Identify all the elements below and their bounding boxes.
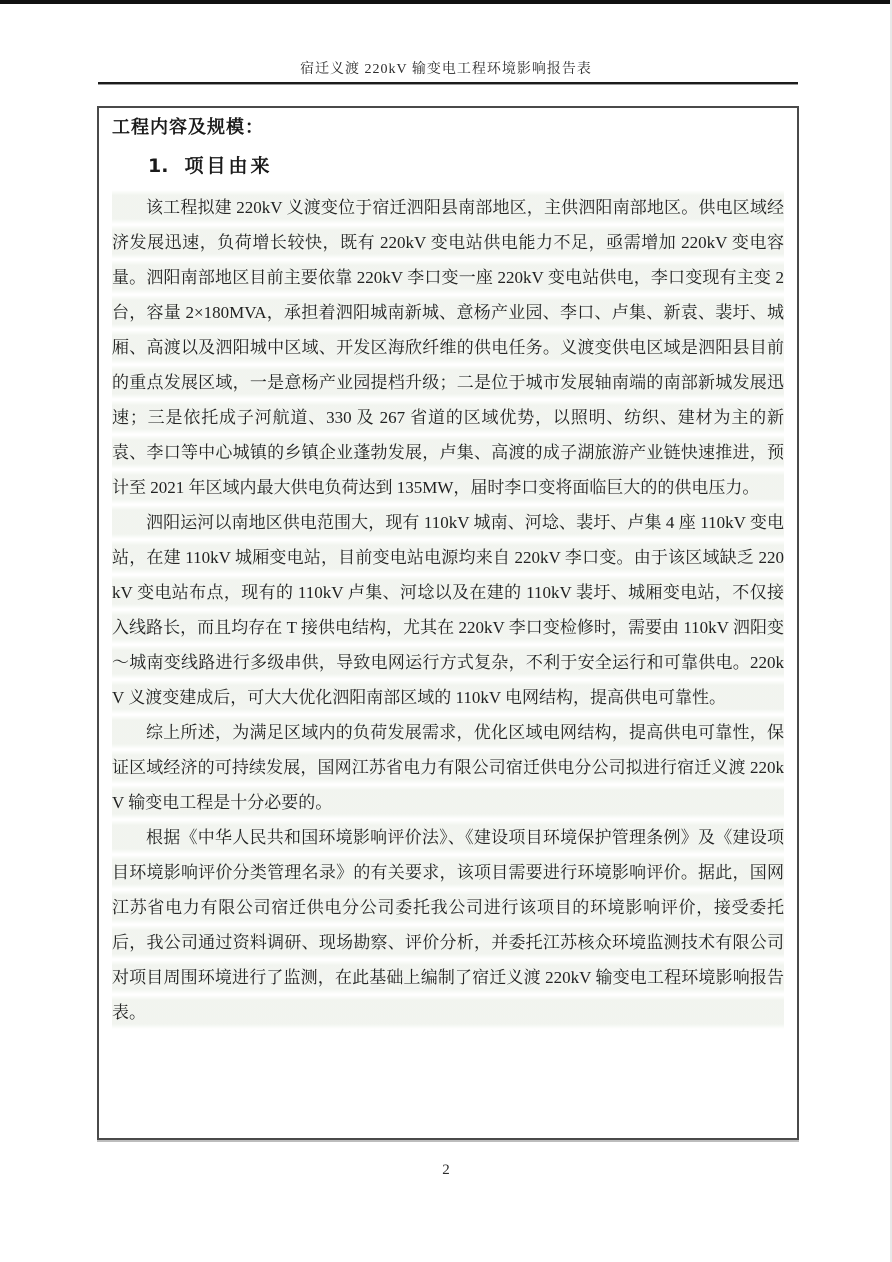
document-page: 宿迁义渡 220kV 输变电工程环境影响报告表 工程内容及规模： 1.项目由来 …	[0, 0, 892, 1262]
section-heading: 1.项目由来	[148, 154, 784, 178]
heading-number: 1.	[148, 155, 168, 177]
scan-edge-artifact-top	[0, 0, 892, 4]
paragraph-project-origin: 该工程拟建 220kV 义渡变位于宿迁泗阳县南部地区，主供泗阳南部地区。供电区域…	[112, 190, 784, 505]
report-table-cell: 工程内容及规模： 1.项目由来 该工程拟建 220kV 义渡变位于宿迁泗阳县南部…	[97, 106, 799, 1140]
header-rule	[98, 82, 798, 84]
running-header-title: 宿迁义渡 220kV 输变电工程环境影响报告表	[0, 58, 892, 78]
paragraph-eia-basis: 根据《中华人民共和国环境影响评价法》、《建设项目环境保护管理条例》及《建设项目环…	[112, 820, 784, 1030]
paragraph-necessity-summary: 综上所述，为满足区域内的负荷发展需求，优化区域电网结构，提高供电可靠性，保证区域…	[112, 715, 784, 820]
section-label: 工程内容及规模：	[112, 116, 784, 140]
paragraph-grid-structure: 泗阳运河以南地区供电范围大，现有 110kV 城南、河埝、裴圩、卢集 4 座 1…	[112, 505, 784, 715]
page-number: 2	[0, 1162, 892, 1179]
heading-text: 项目由来	[184, 155, 272, 177]
body-text: 该工程拟建 220kV 义渡变位于宿迁泗阳县南部地区，主供泗阳南部地区。供电区域…	[112, 190, 784, 1030]
